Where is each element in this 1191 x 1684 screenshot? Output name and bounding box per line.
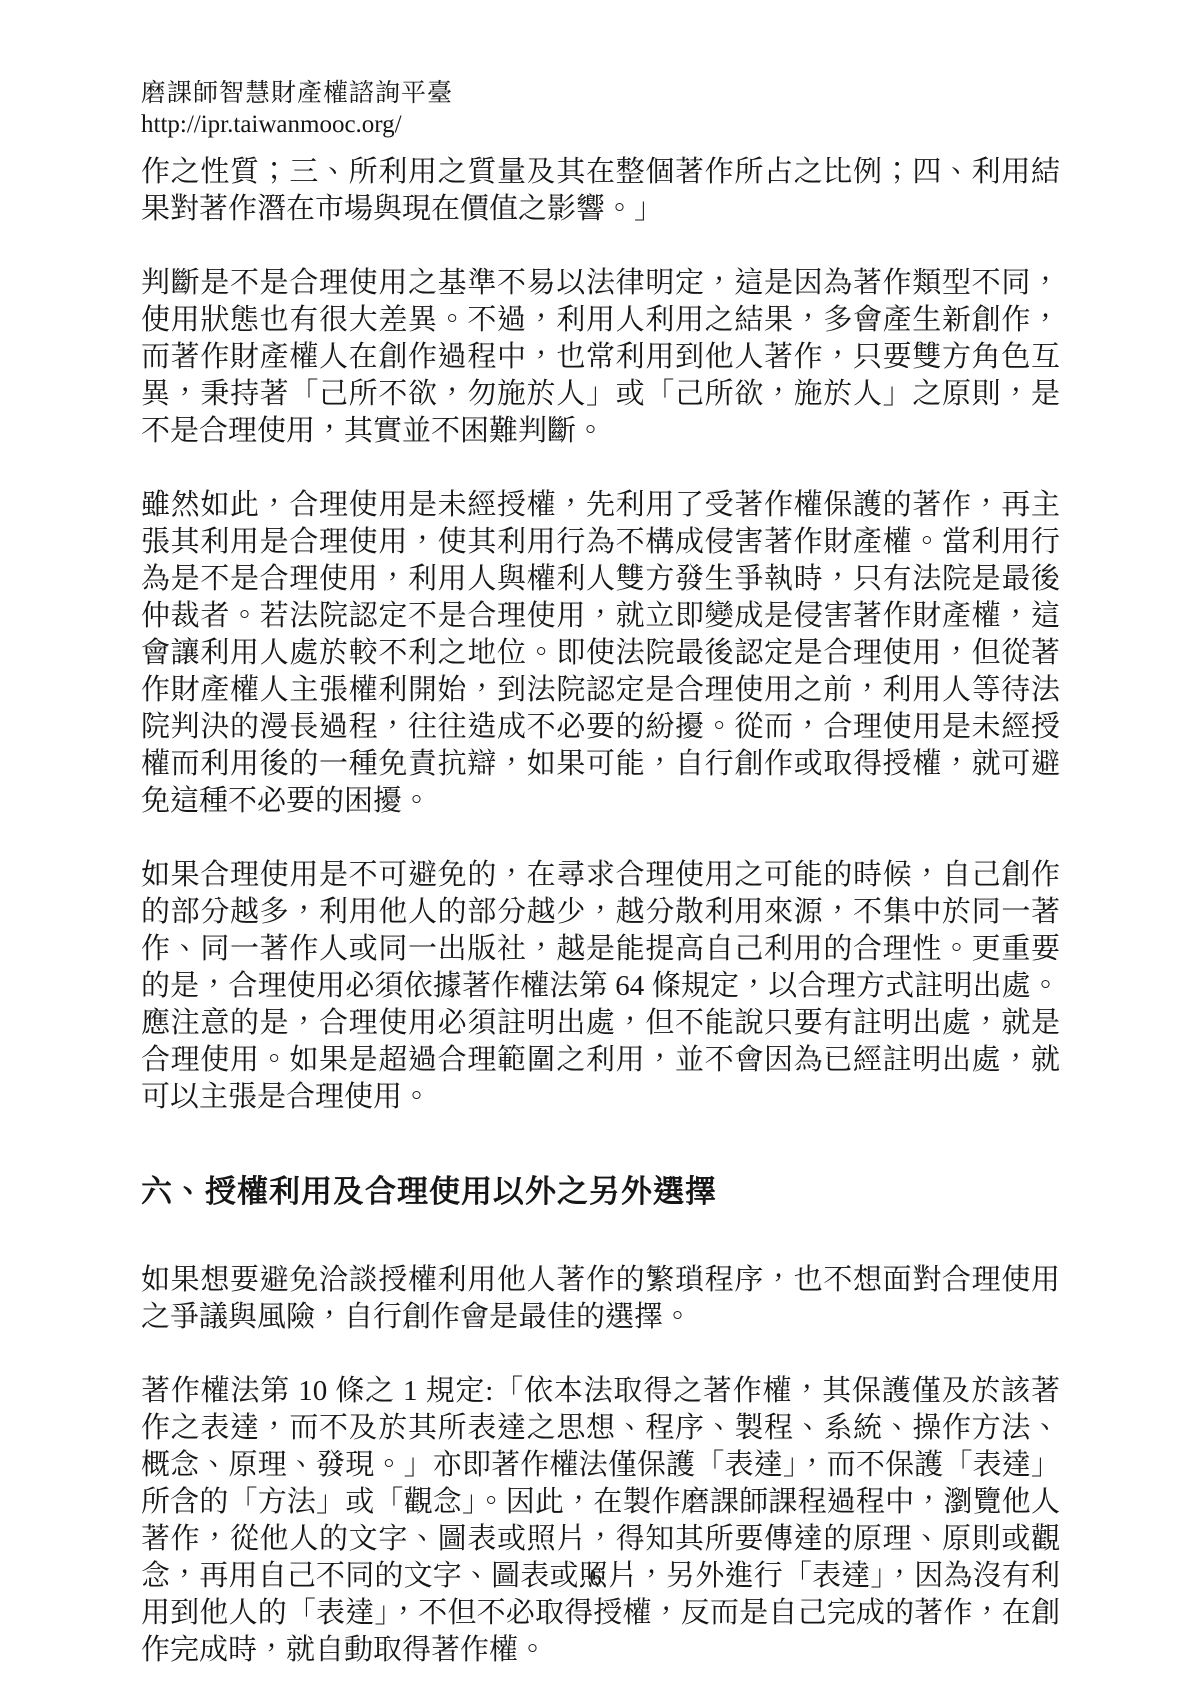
page-number: 6 bbox=[589, 1564, 602, 1591]
paragraph-fair-use-court: 雖然如此，合理使用是未經授權，先利用了受著作權保護的著作，再主張其利用是合理使用… bbox=[141, 487, 1060, 820]
paragraph-self-creation: 如果想要避免洽談授權利用他人著作的繁瑣程序，也不想面對合理使用之爭議與風險，自行… bbox=[141, 1262, 1060, 1336]
document-body: 作之性質；三、所利用之質量及其在整個著作所占之比例；四、利用結果對著作潛在市場與… bbox=[141, 154, 1060, 1669]
site-name: 磨課師智慧財產權諮詢平臺 bbox=[141, 78, 1060, 110]
document-page: 磨課師智慧財產權諮詢平臺 http://ipr.taiwanmooc.org/ … bbox=[0, 0, 1191, 1684]
paragraph-expression-idea: 著作權法第 10 條之 1 規定:「依本法取得之著作權，其保護僅及於該著作之表達… bbox=[141, 1373, 1060, 1669]
page-header: 磨課師智慧財產權諮詢平臺 http://ipr.taiwanmooc.org/ bbox=[141, 78, 1060, 140]
paragraph-fair-use-judgement: 判斷是不是合理使用之基準不易以法律明定，這是因為著作類型不同，使用狀態也有很大差… bbox=[141, 265, 1060, 450]
paragraph-fair-use-factors: 作之性質；三、所利用之質量及其在整個著作所占之比例；四、利用結果對著作潛在市場與… bbox=[141, 154, 1060, 228]
section-heading: 六、授權利用及合理使用以外之另外選擇 bbox=[141, 1172, 1060, 1212]
page-footer: 6 bbox=[0, 1564, 1191, 1592]
paragraph-fair-use-citation: 如果合理使用是不可避免的，在尋求合理使用之可能的時候，自己創作的部分越多，利用他… bbox=[141, 857, 1060, 1116]
site-url: http://ipr.taiwanmooc.org/ bbox=[141, 110, 1060, 140]
